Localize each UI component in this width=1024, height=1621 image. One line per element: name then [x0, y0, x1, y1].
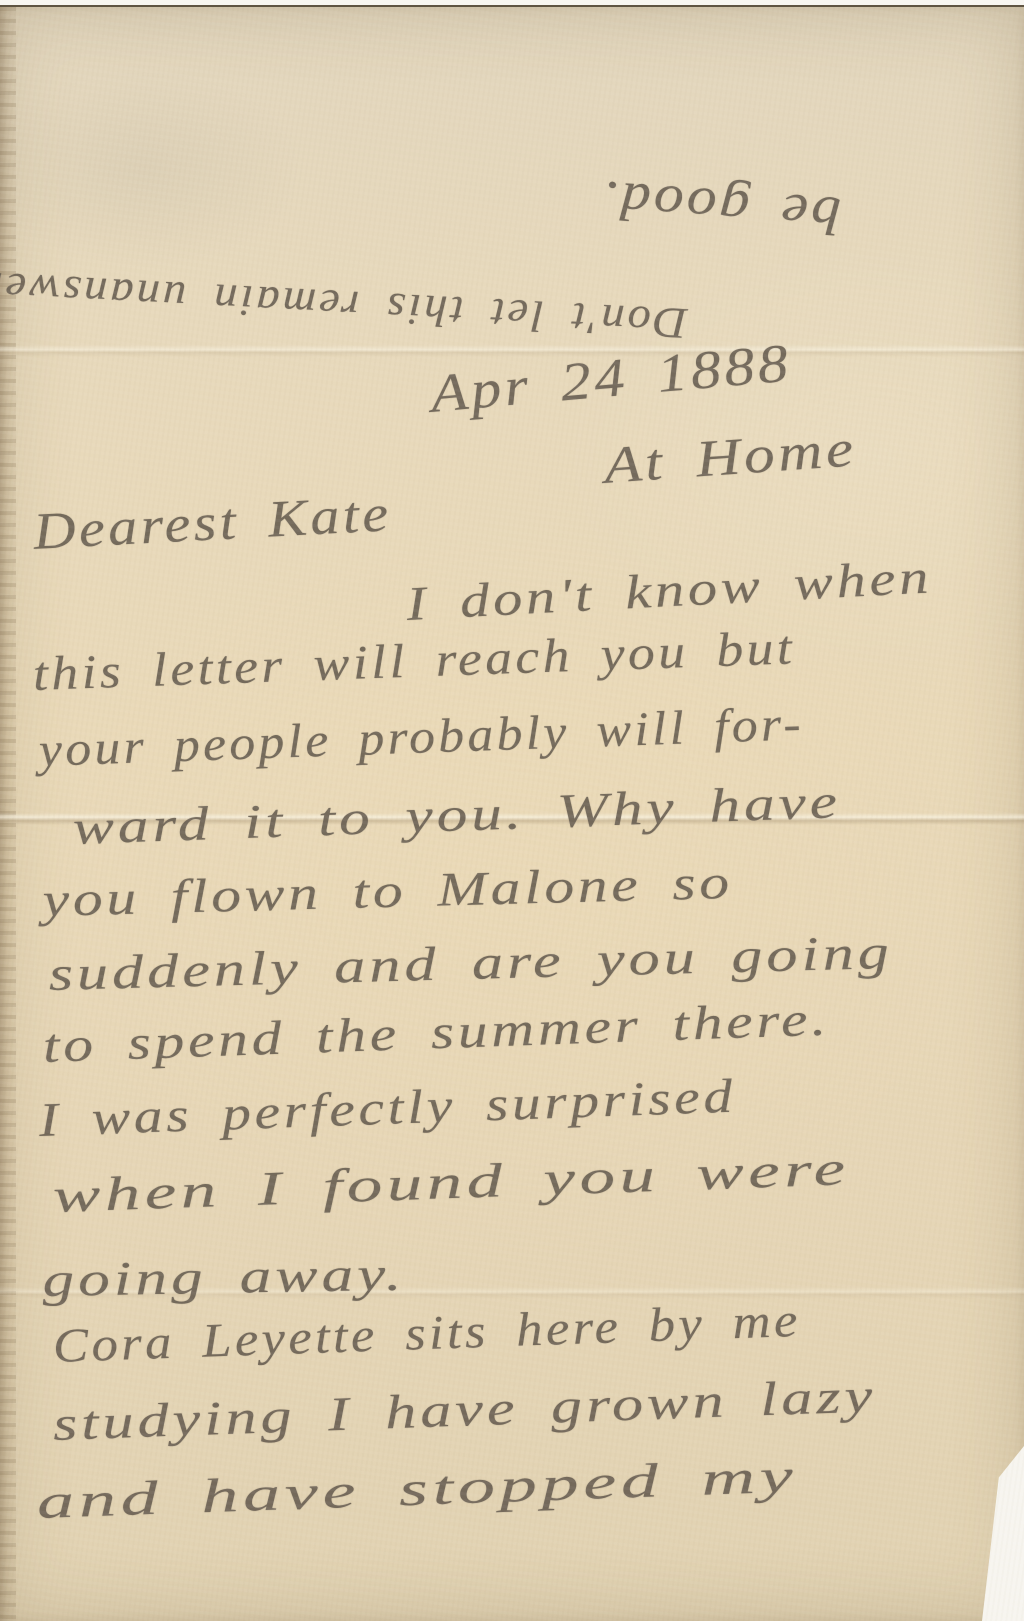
fold-crease-lower	[0, 1287, 1024, 1299]
body-line: when I found you were	[52, 1141, 850, 1224]
body-line: going away.	[42, 1247, 406, 1308]
scan-background-corner	[982, 1446, 1024, 1621]
body-line: suddenly and are you going	[48, 925, 893, 1002]
torn-left-edge	[0, 7, 16, 1621]
body-line: your people probably will for-	[38, 696, 805, 778]
place-line: At Home	[602, 419, 858, 496]
fold-crease-upper	[0, 345, 1024, 357]
upside-down-note-line: Don't let this remain unanswered	[0, 260, 688, 349]
date-line: Apr 24 1888	[428, 331, 794, 424]
body-line: studying I have grown lazy	[52, 1368, 877, 1452]
fold-crease-middle	[0, 813, 1024, 825]
body-line: Cora Leyette sits here by me	[52, 1293, 802, 1374]
body-line: ward it to you. Why have	[72, 774, 842, 856]
body-line: I don't know when	[405, 549, 933, 631]
letter-paper: Don't let this remain unanswered be good…	[0, 5, 1024, 1621]
upside-down-note-line: be good.	[444, 158, 997, 258]
salutation: Dearest Kate	[32, 484, 393, 562]
body-line: this letter will reach you but	[32, 620, 796, 702]
body-line: and have stopped my	[36, 1448, 798, 1530]
body-line: to spend the summer there.	[42, 992, 831, 1074]
body-line: you flown to Malone so	[42, 855, 733, 928]
scanned-letter: Don't let this remain unanswered be good…	[0, 0, 1024, 1621]
body-line: I was perfectly surprised	[38, 1069, 737, 1148]
